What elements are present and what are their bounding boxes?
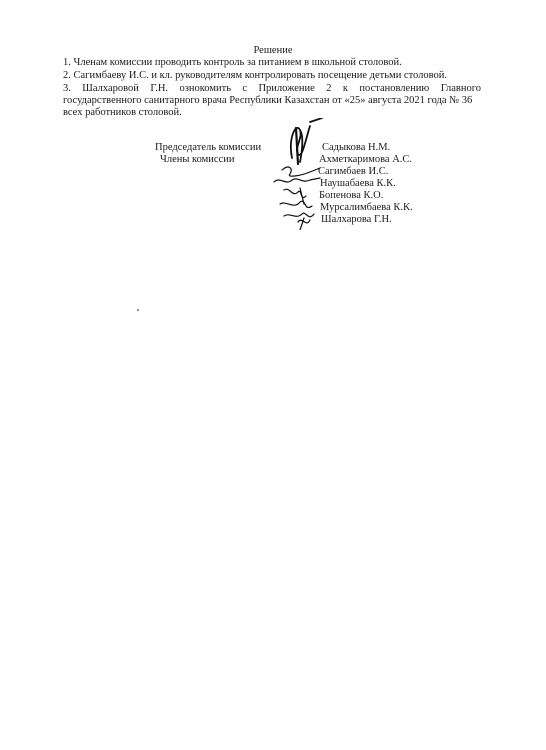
signatory-name: Мурсалимбаева К.К.	[320, 202, 413, 213]
chair-label: Председатель комиссии	[155, 142, 261, 153]
document-page: Решение 1. Членам комиссии проводить кон…	[0, 0, 546, 750]
members-label: Члены комиссии	[160, 154, 234, 165]
decision-item-2: 2. Сагимбаеву И.С. и кл. руководителям к…	[63, 70, 481, 82]
signatory-name: Садыкова Н.М.	[322, 142, 390, 153]
signatory-name: Шалхарова Г.Н.	[321, 214, 392, 225]
document-title: Решение	[0, 45, 546, 56]
decision-item-3-continued: государственного санитарного врача Респу…	[63, 95, 481, 107]
signatory-name: Наушабаева К.К.	[320, 178, 396, 189]
decision-item-3: 3. Шалхаровой Г.Н. ознокомить с Приложен…	[63, 83, 481, 95]
signatory-name: Ахметкаримова А.С.	[319, 154, 412, 165]
signature-scribbles-icon	[270, 118, 330, 230]
decision-item-1: 1. Членам комиссии проводить контроль за…	[63, 57, 481, 69]
scan-speck	[137, 309, 139, 311]
